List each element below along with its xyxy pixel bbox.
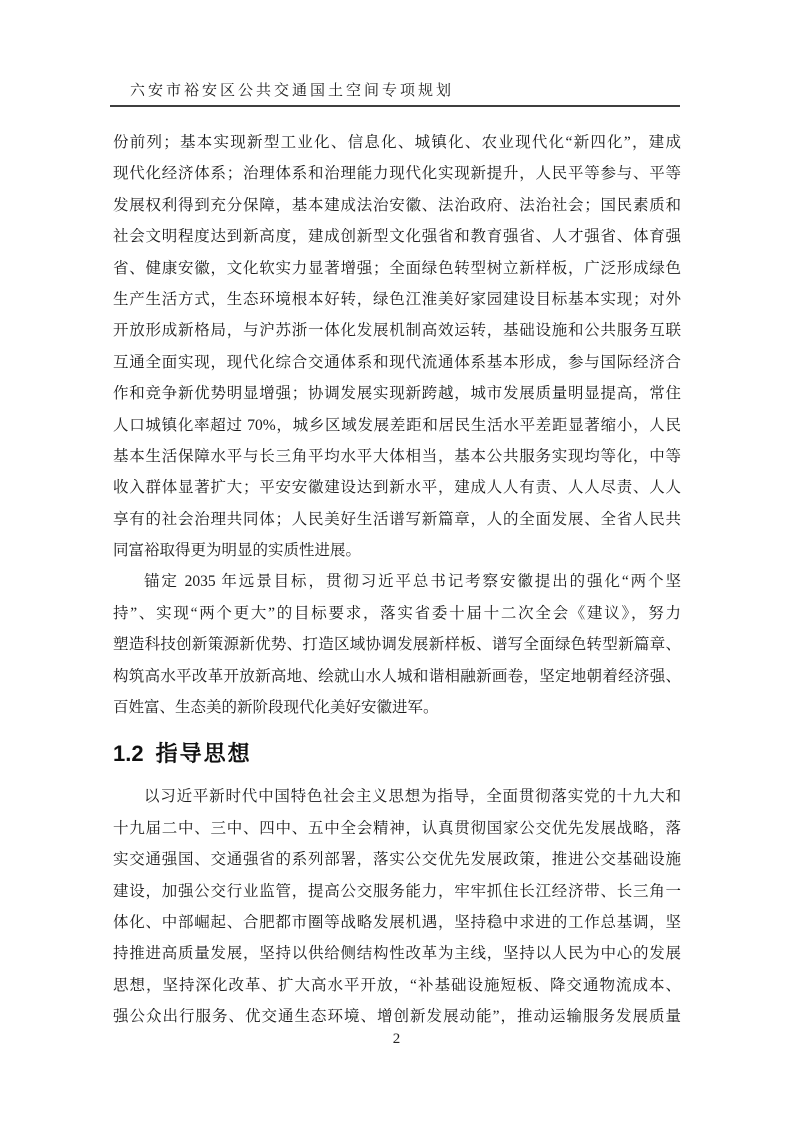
paragraph-2035-goals: 锚定 2035 年远景目标，贯彻习近平总书记考察安徽提出的强化“两个坚持”、实现… <box>113 566 681 723</box>
page-header: 六安市裕安区公共交通国土空间专项规划 <box>110 79 680 107</box>
text-line: 以习近平新时代中国特色社会主义思想为指导，全面贯彻落实党的十九大和 <box>113 781 681 812</box>
text-line: 锚定 2035 年远景目标，贯彻习近平总书记考察安徽提出的强化“两个坚 <box>113 566 681 597</box>
text-line: 收入群体显著扩大；平安安徽建设达到新水平，建成人人有责、人人尽责、人人 <box>113 472 681 503</box>
text-line: 强公众出行服务、优交通生态环境、增创新发展动能”，推动运输服务发展质量 <box>113 1001 681 1032</box>
text-line: 发展权利得到充分保障，基本建成法治安徽、法治政府、法治社会；国民素质和 <box>113 190 681 221</box>
text-line: 开放形成新格局，与沪苏浙一体化发展机制高效运转，基础设施和公共服务互联 <box>113 315 681 346</box>
section-number: 1.2 <box>113 741 144 766</box>
paragraph-continued: 份前列；基本实现新型工业化、信息化、城镇化、农业现代化“新四化”，建成现代化经济… <box>113 127 681 566</box>
text-line: 持推进高质量发展，坚持以供给侧结构性改革为主线，坚持以人民为中心的发展 <box>113 938 681 969</box>
section-title: 指导思想 <box>156 741 252 766</box>
text-line: 构筑高水平改革开放新高地、绘就山水人城和谐相融新画卷，坚定地朝着经济强、 <box>113 661 681 692</box>
text-line: 享有的社会治理共同体；人民美好生活谱写新篇章，人的全面发展、全省人民共 <box>113 504 681 535</box>
text-line: 作和竞争新优势明显增强；协调发展实现新跨越，城市发展质量明显提高，常住 <box>113 378 681 409</box>
text-line: 思想，坚持深化改革、扩大高水平开放，“补基础设施短板、降交通物流成本、 <box>113 970 681 1001</box>
section-heading: 1.2指导思想 <box>113 739 681 769</box>
text-line: 社会文明程度达到新高度，建成创新型文化强省和教育强省、人才强省、体育强 <box>113 221 681 252</box>
text-line: 塑造科技创新策源新优势、打造区域协调发展新样板、谱写全面绿色转型新篇章、 <box>113 629 681 660</box>
page-body: 份前列；基本实现新型工业化、信息化、城镇化、农业现代化“新四化”，建成现代化经济… <box>113 127 681 1033</box>
text-line: 同富裕取得更为明显的实质性进展。 <box>113 535 681 566</box>
text-line: 建设，加强公交行业监管，提高公交服务能力，牢牢抓住长江经济带、长三角一 <box>113 876 681 907</box>
text-line: 互通全面实现，现代化综合交通体系和现代流通体系基本形成，参与国际经济合 <box>113 347 681 378</box>
text-line: 省、健康安徽，文化软实力显著增强；全面绿色转型树立新样板，广泛形成绿色 <box>113 253 681 284</box>
page-header-title: 六安市裕安区公共交通国土空间专项规划 <box>110 79 680 100</box>
paragraph-guiding-ideology: 以习近平新时代中国特色社会主义思想为指导，全面贯彻落实党的十九大和十九届二中、三… <box>113 781 681 1032</box>
text-line: 百姓富、生态美的新阶段现代化美好安徽进军。 <box>113 692 681 723</box>
text-line: 实交通强国、交通强省的系列部署，落实公交优先发展政策，推进公交基础设施 <box>113 844 681 875</box>
text-line: 人口城镇化率超过 70%，城乡区域发展差距和居民生活水平差距显著缩小，人民 <box>113 410 681 441</box>
text-line: 十九届二中、三中、四中、五中全会精神，认真贯彻国家公交优先发展战略，落 <box>113 813 681 844</box>
page-number: 2 <box>393 1031 401 1047</box>
page-footer: 2 <box>0 1030 793 1048</box>
text-line: 持”、实现“两个更大”的目标要求，落实省委十届十二次全会《建议》，努力 <box>113 598 681 629</box>
text-line: 体化、中部崛起、合肥都市圈等战略发展机遇，坚持稳中求进的工作总基调，坚 <box>113 907 681 938</box>
text-line: 份前列；基本实现新型工业化、信息化、城镇化、农业现代化“新四化”，建成 <box>113 127 681 158</box>
document-page: 六安市裕安区公共交通国土空间专项规划 份前列；基本实现新型工业化、信息化、城镇化… <box>0 0 793 1122</box>
text-line: 基本生活保障水平与长三角平均水平大体相当，基本公共服务实现均等化，中等 <box>113 441 681 472</box>
text-line: 现代化经济体系；治理体系和治理能力现代化实现新提升，人民平等参与、平等 <box>113 158 681 189</box>
text-line: 生产生活方式，生态环境根本好转，绿色江淮美好家园建设目标基本实现；对外 <box>113 284 681 315</box>
